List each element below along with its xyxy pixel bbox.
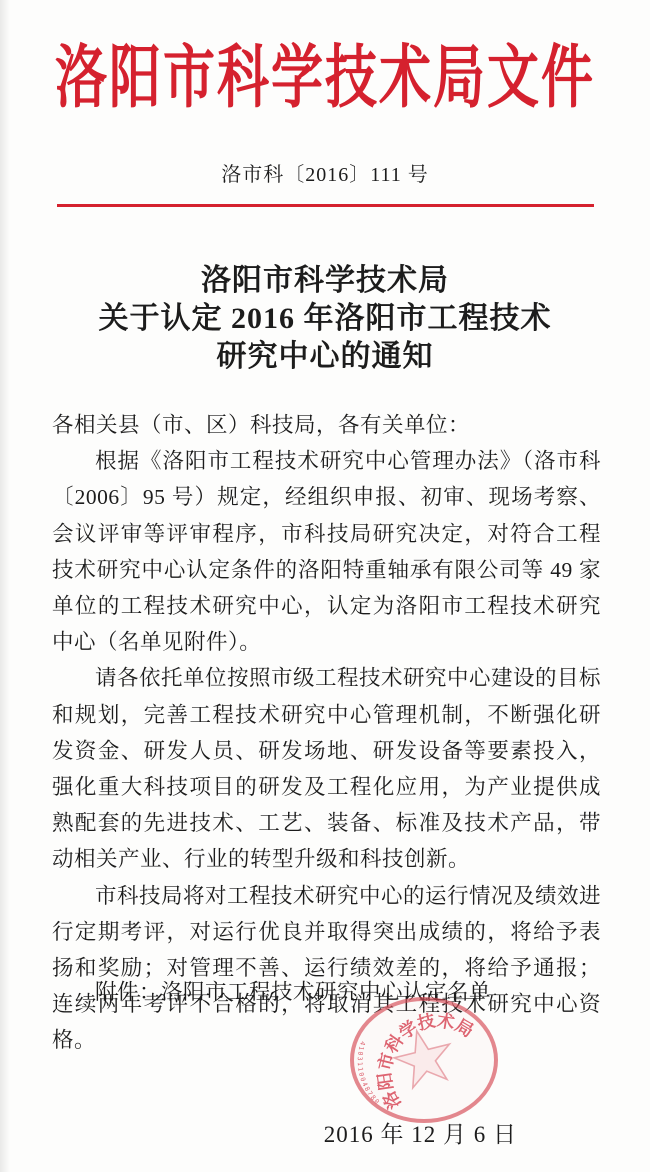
- salutation-line: 各相关县（市、区）科技局，各有关单位：: [52, 407, 601, 443]
- issue-date: 2016 年 12 月 6 日: [0, 1116, 650, 1149]
- body-paragraph: 请各依托单位按照市级工程技术研究中心建设的目标和规划，完善工程技术研究中心管理机…: [52, 660, 601, 877]
- body-paragraph: 根据《洛阳市工程技术研究中心管理办法》（洛市科〔2006〕95 号）规定，经组织…: [52, 443, 601, 660]
- document-title: 洛阳市科学技术局 关于认定 2016 年洛阳市工程技术 研究中心的通知: [0, 262, 650, 376]
- attachment-reference-line: 附件：洛阳市工程技术研究中心认定名单: [52, 975, 601, 1006]
- letterhead-agency-title: 洛阳市科学技术局文件: [0, 22, 650, 121]
- document-reference-number: 洛市科〔2016〕111 号: [0, 158, 650, 187]
- official-document-page: 洛阳市科学技术局文件 洛市科〔2016〕111 号 洛阳市科学技术局 关于认定 …: [0, 0, 650, 1172]
- body-paragraph: 市科技局将对工程技术研究中心的运行情况及绩效进行定期考评，对运行优良并取得突出成…: [52, 878, 601, 1059]
- document-title-line-1: 洛阳市科学技术局: [0, 262, 650, 300]
- document-body: 各相关县（市、区）科技局，各有关单位： 根据《洛阳市工程技术研究中心管理办法》（…: [52, 407, 601, 1059]
- letterhead-divider-rule: [57, 204, 594, 207]
- document-title-line-3: 研究中心的通知: [0, 338, 650, 376]
- document-title-line-2: 关于认定 2016 年洛阳市工程技术: [0, 300, 650, 338]
